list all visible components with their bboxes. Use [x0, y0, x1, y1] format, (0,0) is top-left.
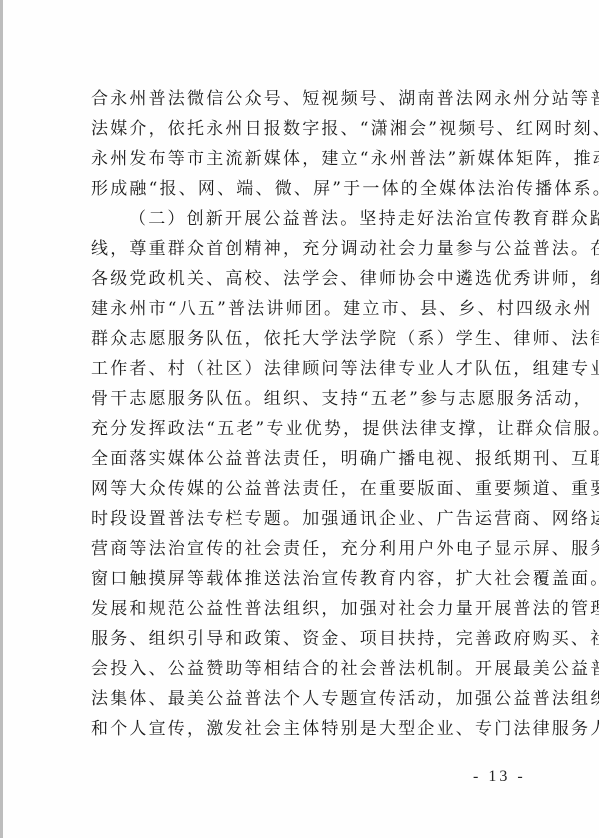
text-line: 全面落实媒体公益普法责任，明确广播电视、报纸期刊、互联 — [91, 444, 519, 474]
text-line: 各级党政机关、高校、法学会、律师协会中遴选优秀讲师，组 — [91, 264, 519, 294]
text-line: 会投入、公益赞助等相结合的社会普法机制。开展最美公益普 — [91, 654, 519, 684]
text-line: 形成融“报、网、端、微、屏”于一体的全媒体法治传播体系。 — [91, 174, 519, 204]
text-line: 建永州市“八五”普法讲师团。建立市、县、乡、村四级永州 — [91, 294, 519, 324]
text-line: 充分发挥政法“五老”专业优势，提供法律支撑，让群众信服。 — [91, 414, 519, 444]
text-line: 线，尊重群众首创精神，充分调动社会力量参与公益普法。在 — [91, 234, 519, 264]
text-line: 法媒介，依托永州日报数字报、“潇湘会”视频号、红网时刻、 — [91, 114, 519, 144]
section-heading-line: （二）创新开展公益普法。坚持走好法治宣传教育群众路 — [91, 204, 519, 234]
text-line: 工作者、村（社区）法律顾问等法律专业人才队伍，组建专业 — [91, 354, 519, 384]
text-line: 时段设置普法专栏专题。加强通讯企业、广告运营商、网络运 — [91, 504, 519, 534]
page-number: - 13 - — [473, 768, 526, 786]
text-line: 营商等法治宣传的社会责任，充分利用户外电子显示屏、服务 — [91, 534, 519, 564]
text-line: 服务、组织引导和政策、资金、项目扶持，完善政府购买、社 — [91, 624, 519, 654]
text-line: 骨干志愿服务队伍。组织、支持“五老”参与志愿服务活动， — [91, 384, 519, 414]
text-line: 网等大众传媒的公益普法责任，在重要版面、重要频道、重要 — [91, 474, 519, 504]
text-line: 法集体、最美公益普法个人专题宣传活动，加强公益普法组织 — [91, 684, 519, 714]
text-line: 群众志愿服务队伍，依托大学法学院（系）学生、律师、法律 — [91, 324, 519, 354]
text-line: 和个人宣传，激发社会主体特别是大型企业、专门法律服务人 — [91, 714, 519, 744]
text-line: 永州发布等市主流新媒体，建立“永州普法”新媒体矩阵，推动 — [91, 144, 519, 174]
text-line: 发展和规范公益性普法组织，加强对社会力量开展普法的管理 — [91, 594, 519, 624]
text-line: 窗口触摸屏等载体推送法治宣传教育内容，扩大社会覆盖面。 — [91, 564, 519, 594]
body-text: 合永州普法微信公众号、短视频号、湖南普法网永州分站等普 法媒介，依托永州日报数字… — [91, 84, 519, 744]
text-line: 合永州普法微信公众号、短视频号、湖南普法网永州分站等普 — [91, 84, 519, 114]
document-page: 合永州普法微信公众号、短视频号、湖南普法网永州分站等普 法媒介，依托永州日报数字… — [3, 0, 599, 838]
